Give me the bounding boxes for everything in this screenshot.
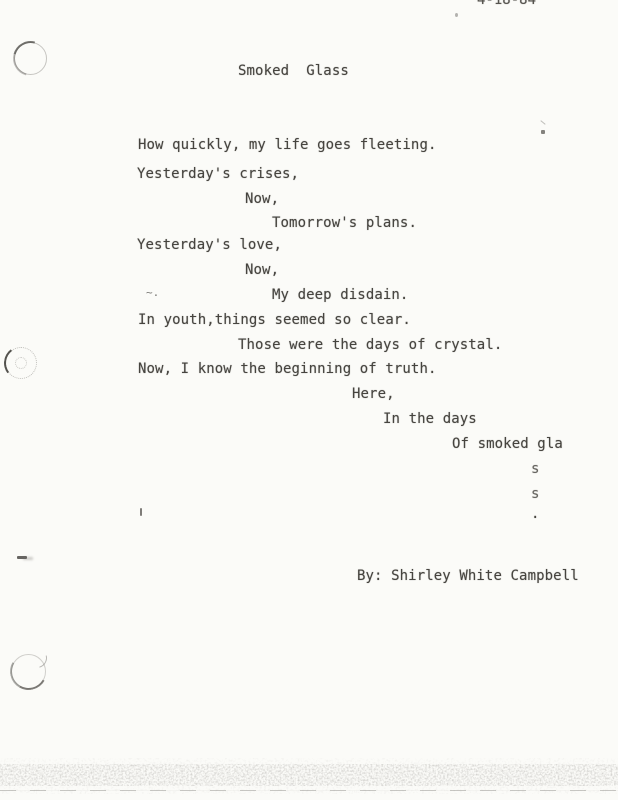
poem-line: Yesterday's crises, <box>137 167 299 181</box>
poem-line: s <box>531 487 540 501</box>
paper-grain-texture <box>0 0 618 758</box>
scanned-poem-page: 4-18-84 Smoked Glass How quickly, my lif… <box>0 0 618 800</box>
poem-line: Tomorrow's plans. <box>272 216 417 230</box>
poem-line: In youth,things seemed so clear. <box>138 313 411 327</box>
ink-speck <box>540 120 545 125</box>
stray-pencil-mark: ~. <box>146 286 159 299</box>
ink-speck <box>455 13 458 17</box>
date-stamp: 4-18-84 <box>477 0 536 8</box>
stray-tick-mark <box>140 508 142 516</box>
stray-dash-mark <box>17 556 27 559</box>
poem-line: How quickly, my life goes fleeting. <box>138 138 437 152</box>
hole-punch-mark-bottom <box>11 654 46 689</box>
poem-line: My deep disdain. <box>272 288 408 302</box>
hole-punch-mark-top <box>14 42 47 75</box>
poem-line: In the days <box>383 412 477 426</box>
scan-noise-band <box>0 758 618 794</box>
poem-line: Those were the days of crystal. <box>238 338 502 352</box>
poem-line: Now, <box>245 192 279 206</box>
poem-line: Yesterday's love, <box>137 238 282 252</box>
scan-edge-line <box>0 790 618 791</box>
byline: By: Shirley White Campbell <box>357 569 579 583</box>
poem-line: Of smoked gla <box>452 437 563 451</box>
poem-line: Here, <box>352 387 395 401</box>
poem-line: . <box>531 507 540 521</box>
poem-line: s <box>531 462 540 476</box>
hole-punch-mark-middle <box>5 347 37 379</box>
poem-line: Now, <box>245 263 279 277</box>
poem-title: Smoked Glass <box>238 64 349 78</box>
poem-line: Now, I know the beginning of truth. <box>138 362 437 376</box>
ink-speck <box>541 130 545 134</box>
